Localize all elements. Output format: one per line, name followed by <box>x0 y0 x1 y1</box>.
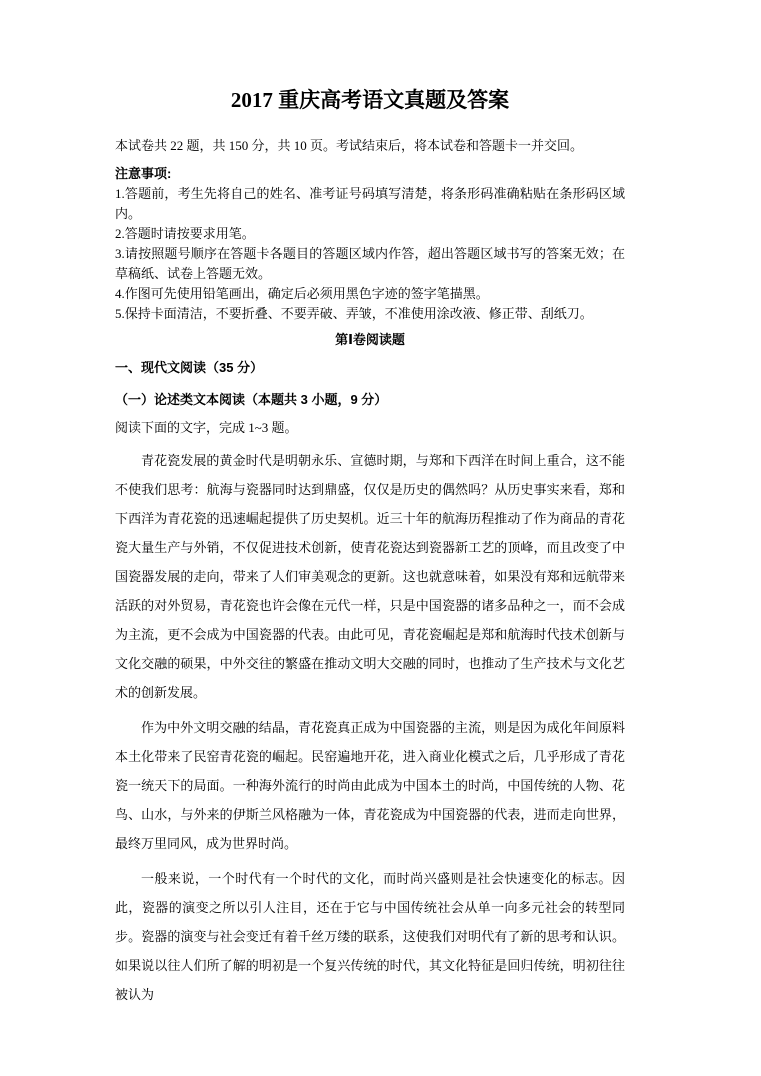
notice-item-2: 2.答题时请按要求用笔。 <box>115 224 625 244</box>
reading-passage: 青花瓷发展的黄金时代是明朝永乐、宣德时期，与郑和下西洋在时间上重合，这不能不使我… <box>115 446 625 1009</box>
reading-instruction: 阅读下面的文字，完成 1~3 题。 <box>115 418 625 438</box>
exam-intro-text: 本试卷共 22 题，共 150 分，共 10 页。考试结束后，将本试卷和答题卡一… <box>115 136 625 156</box>
notice-item-5: 5.保持卡面清洁，不要折叠、不要弄破、弄皱，不准使用涂改液、修正带、刮纸刀。 <box>115 304 625 324</box>
section-heading-modern-reading: 一、现代文阅读（35 分） <box>115 358 625 378</box>
notice-heading: 注意事项: <box>115 164 625 184</box>
subsection-heading-argumentative-text: （一）论述类文本阅读（本题共 3 小题，9 分） <box>115 390 625 410</box>
notice-item-3: 3.请按照题号顺序在答题卡各题目的答题区域内作答，超出答题区域书写的答案无效；在… <box>115 244 625 284</box>
passage-paragraph-3: 一般来说，一个时代有一个时代的文化，而时尚兴盛则是社会快速变化的标志。因此，瓷器… <box>115 864 625 1009</box>
notice-item-1: 1.答题前，考生先将自己的姓名、准考证号码填写清楚，将条形码准确粘贴在条形码区域… <box>115 184 625 224</box>
document-title: 2017 重庆高考语文真题及答案 <box>115 86 625 114</box>
passage-paragraph-1: 青花瓷发展的黄金时代是明朝永乐、宣德时期，与郑和下西洋在时间上重合，这不能不使我… <box>115 446 625 707</box>
notice-list: 1.答题前，考生先将自己的姓名、准考证号码填写清楚，将条形码准确粘贴在条形码区域… <box>115 184 625 324</box>
notice-item-4: 4.作图可先使用铅笔画出，确定后必须用黑色字迹的签字笔描黑。 <box>115 284 625 304</box>
volume-heading: 第Ⅰ卷阅读题 <box>115 330 625 350</box>
passage-paragraph-2: 作为中外文明交融的结晶，青花瓷真正成为中国瓷器的主流，则是因为成化年间原料本土化… <box>115 713 625 858</box>
document-page: 2017 重庆高考语文真题及答案 本试卷共 22 题，共 150 分，共 10 … <box>0 0 761 1076</box>
